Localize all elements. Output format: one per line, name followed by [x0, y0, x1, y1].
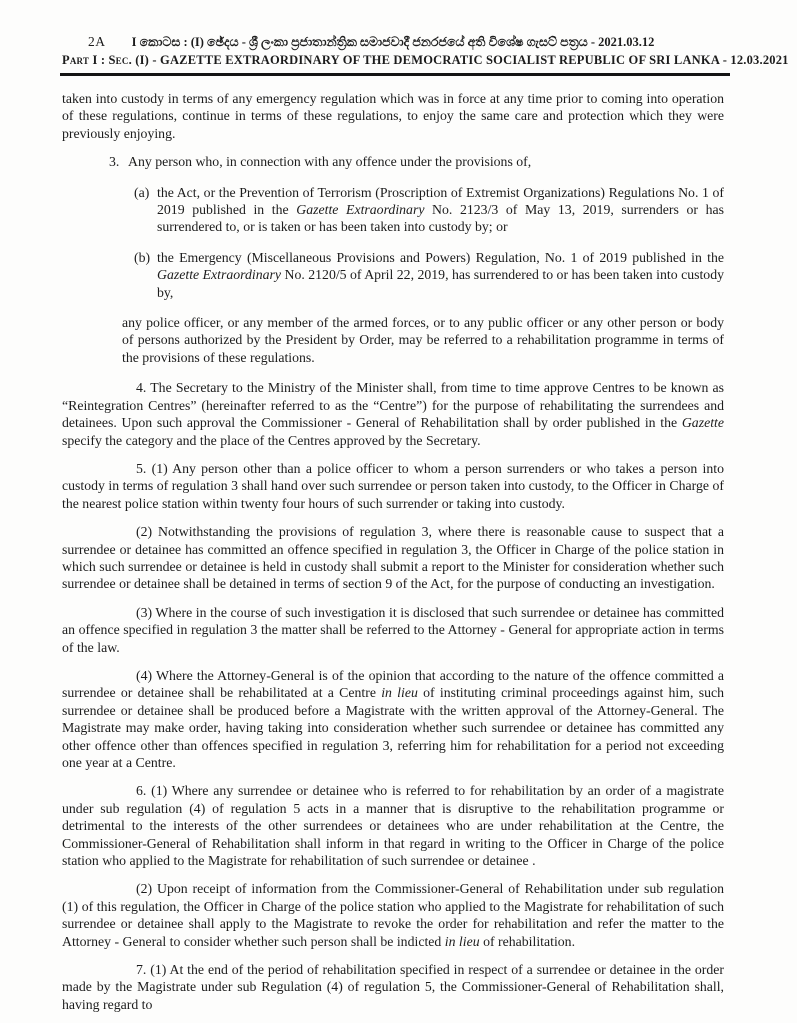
- gazette-page: 2A I කොටස : (I) ඡේදය - ශ්‍රී ලංකා ප්‍රජා…: [0, 0, 797, 1023]
- paragraph-regulation-5-4: (4) Where the Attorney-General is of the…: [62, 667, 724, 771]
- paragraph-regulation-5-2: (2) Notwithstanding the provisions of re…: [62, 523, 724, 593]
- paragraph-regulation-7-1: 7. (1) At the end of the period of rehab…: [62, 961, 724, 1013]
- subclause-a: (a) the Act, or the Prevention of Terror…: [62, 184, 724, 236]
- header-top-row: 2A I කොටස : (I) ඡේදය - ශ්‍රී ලංකා ප්‍රජා…: [62, 34, 724, 50]
- page-header: 2A I කොටස : (I) ඡේදය - ශ්‍රී ලංකා ප්‍රජා…: [62, 34, 724, 76]
- clause-3: 3. Any person who, in connection with an…: [62, 153, 724, 170]
- clause-3-text: Any person who, in connection with any o…: [128, 154, 531, 169]
- subclause-b: (b) the Emergency (Miscellaneous Provisi…: [62, 249, 724, 301]
- subclause-b-label: (b): [134, 249, 150, 266]
- paragraph-regulation-6-2: (2) Upon receipt of information from the…: [62, 880, 724, 950]
- paragraph-regulation-5-1: 5. (1) Any person other than a police of…: [62, 460, 724, 512]
- subclause-a-label: (a): [134, 184, 149, 201]
- header-english-title: Part I : Sec. (I) - GAZETTE EXTRAORDINAR…: [62, 53, 724, 68]
- paragraph-regulation-5-3: (3) Where in the course of such investig…: [62, 604, 724, 656]
- paragraph-continuation: taken into custody in terms of any emerg…: [62, 90, 724, 142]
- clause-3-number: 3.: [109, 153, 119, 170]
- document-body: taken into custody in terms of any emerg…: [62, 90, 724, 1013]
- header-sinhala-title: I කොටස : (I) ඡේදය - ශ්‍රී ලංකා ප්‍රජාතාන…: [132, 35, 655, 49]
- subclause-a-text: the Act, or the Prevention of Terrorism …: [157, 185, 724, 235]
- paragraph-regulation-6-1: 6. (1) Where any surrendee or detainee w…: [62, 782, 724, 869]
- clause-3-closing-text: any police officer, or any member of the…: [122, 314, 724, 366]
- page-number: 2A: [88, 34, 106, 50]
- paragraph-regulation-4: 4. The Secretary to the Ministry of the …: [62, 379, 724, 449]
- subclause-b-text: the Emergency (Miscellaneous Provisions …: [157, 250, 724, 300]
- header-rule: [60, 73, 730, 76]
